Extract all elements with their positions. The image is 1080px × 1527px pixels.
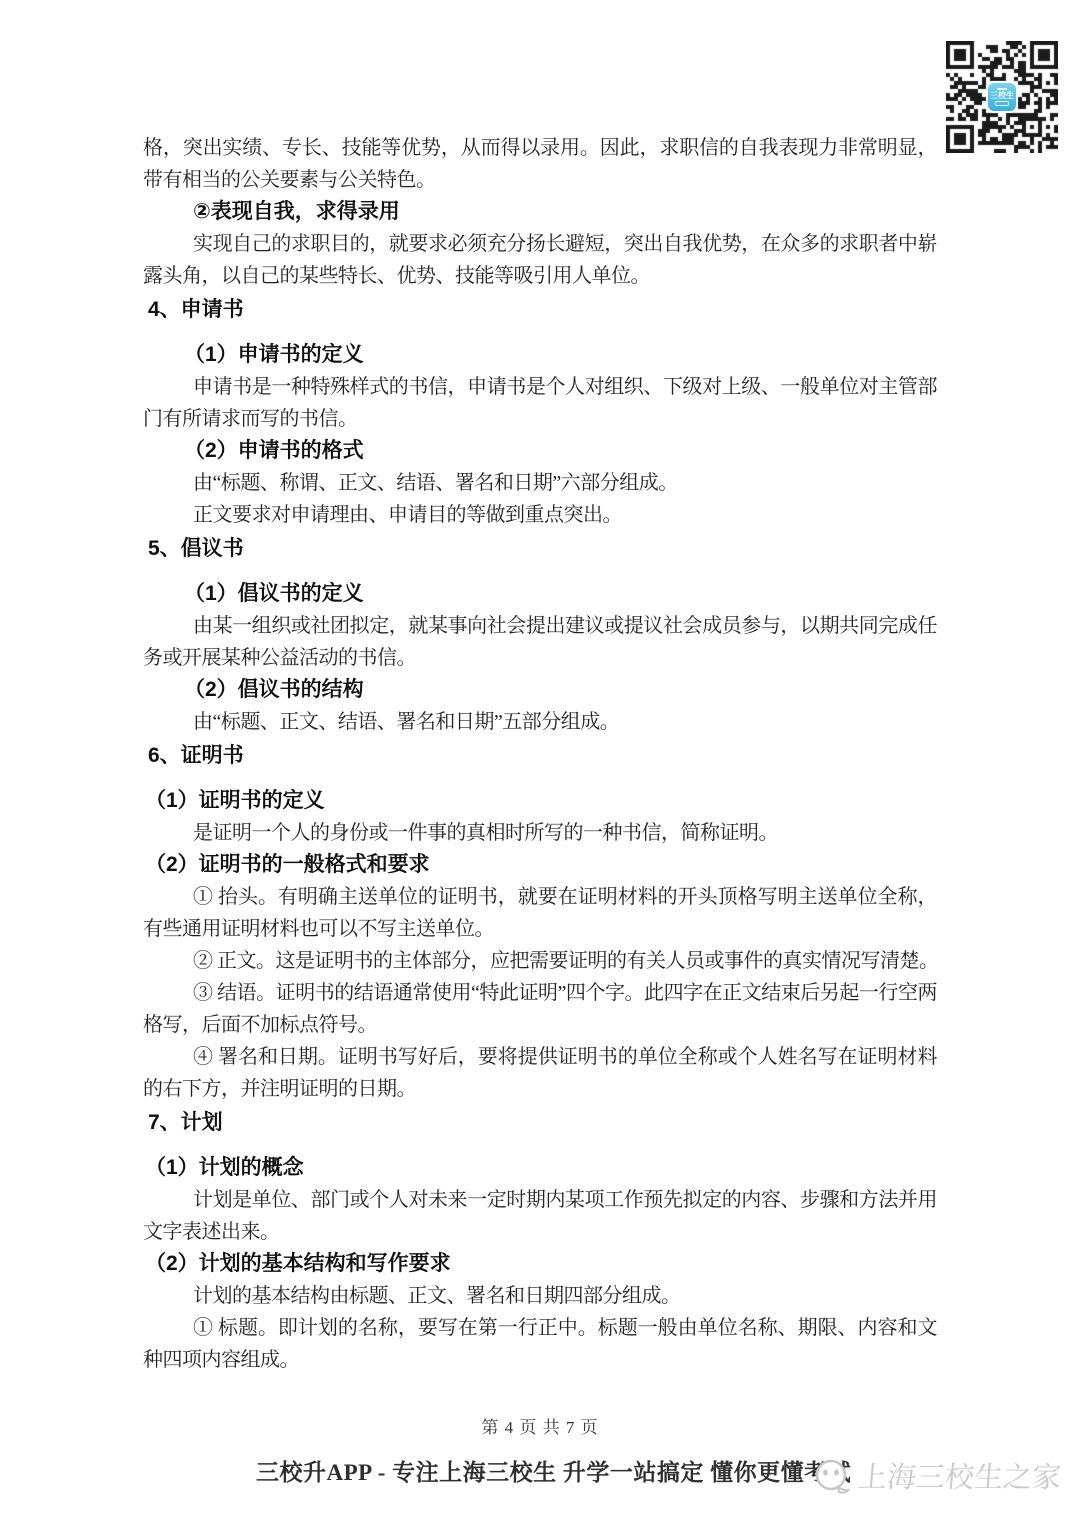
- qr-logo-pill: [995, 101, 1009, 106]
- sub-heading: （1）证明书的定义: [145, 785, 937, 817]
- numbered-item: ① 抬头。有明确主送单位的证明书，就要在证明材料的开头顶格写明主送单位全称，有些…: [143, 881, 937, 945]
- sub-heading: （2）计划的基本结构和写作要求: [145, 1248, 937, 1280]
- continuation-paragraph: 格，突出实绩、专长、技能等优势，从而得以录用。因此，求职信的自我表现力非常明显，…: [143, 132, 937, 196]
- sub-heading: （1）申请书的定义: [184, 339, 937, 371]
- sub-heading: （2）证明书的一般格式和要求: [145, 849, 937, 881]
- body-paragraph: 实现自己的求职目的，就要求必须充分扬长避短，突出自我优势，在众多的求职者中崭露头…: [143, 228, 937, 292]
- body-paragraph: 计划的基本结构由标题、正文、署名和日期四部分组成。: [143, 1280, 937, 1312]
- qr-logo-decoration: [997, 88, 1007, 90]
- numbered-item: ③ 结语。证明书的结语通常使用“特此证明”四个字。此四字在正文结束后另起一行空两…: [143, 977, 937, 1041]
- sub-heading: （1）计划的概念: [145, 1152, 937, 1184]
- body-paragraph: 由“标题、称谓、正文、结语、署名和日期”六部分组成。: [143, 467, 937, 499]
- numbered-item: ② 正文。这是证明书的主体部分，应把需要证明的有关人员或事件的真实情况写清楚。: [143, 945, 937, 977]
- body-paragraph: 由“标题、正文、结语、署名和日期”五部分组成。: [143, 706, 937, 738]
- section-heading-application-letter: 4、申请书: [148, 294, 937, 326]
- numbered-item: ④ 署名和日期。证明书写好后，要将提供证明书的单位全称或个人姓名写在证明材料的右…: [143, 1041, 937, 1105]
- section-heading-certificate: 6、证明书: [148, 740, 937, 772]
- page-number: 第 4 页 共 7 页: [0, 1417, 1080, 1439]
- document-page: 三校生 格，突出实绩、专长、技能等优势，从而得以录用。因此，求职信的自我表现力非…: [0, 0, 1080, 1527]
- body-paragraph: 是证明一个人的身份或一件事的真相时所写的一种书信，简称证明。: [143, 817, 937, 849]
- numbered-item: ① 标题。即计划的名称，要写在第一行正中。标题一般由单位名称、期限、内容和文种四…: [143, 1312, 937, 1376]
- sub-heading: （1）倡议书的定义: [184, 578, 937, 610]
- body-paragraph: 正文要求对申请理由、申请目的等做到重点突出。: [143, 499, 937, 531]
- content-area: 格，突出实绩、专长、技能等优势，从而得以录用。因此，求职信的自我表现力非常明显，…: [143, 132, 937, 1376]
- qr-center-logo: 三校生: [988, 83, 1016, 111]
- sub-heading: （2）申请书的格式: [184, 435, 937, 467]
- sub-heading: （2）倡议书的结构: [184, 674, 937, 706]
- watermark: 上海三校生之家: [810, 1452, 1080, 1508]
- qr-logo-label: 三校生: [990, 91, 1014, 100]
- chat-bubble-face-icon: [812, 1458, 852, 1503]
- body-paragraph: 由某一组织或社团拟定，就某事向社会提出建议或提议社会成员参与，以期共同完成任务或…: [143, 610, 937, 674]
- inline-subheading: ②表现自我，求得录用: [143, 196, 937, 228]
- footer-banner: 三校升APP - 专注上海三校生 升学一站搞定 懂你更懂考试: [256, 1458, 851, 1488]
- watermark-text: 上海三校生之家: [856, 1458, 1063, 1498]
- section-heading-proposal: 5、倡议书: [148, 533, 937, 565]
- section-heading-plan: 7、计划: [148, 1107, 937, 1139]
- body-paragraph: 计划是单位、部门或个人对未来一定时期内某项工作预先拟定的内容、步骤和方法并用文字…: [143, 1184, 937, 1248]
- body-paragraph: 申请书是一种特殊样式的书信，申请书是个人对组织、下级对上级、一般单位对主管部门有…: [143, 371, 937, 435]
